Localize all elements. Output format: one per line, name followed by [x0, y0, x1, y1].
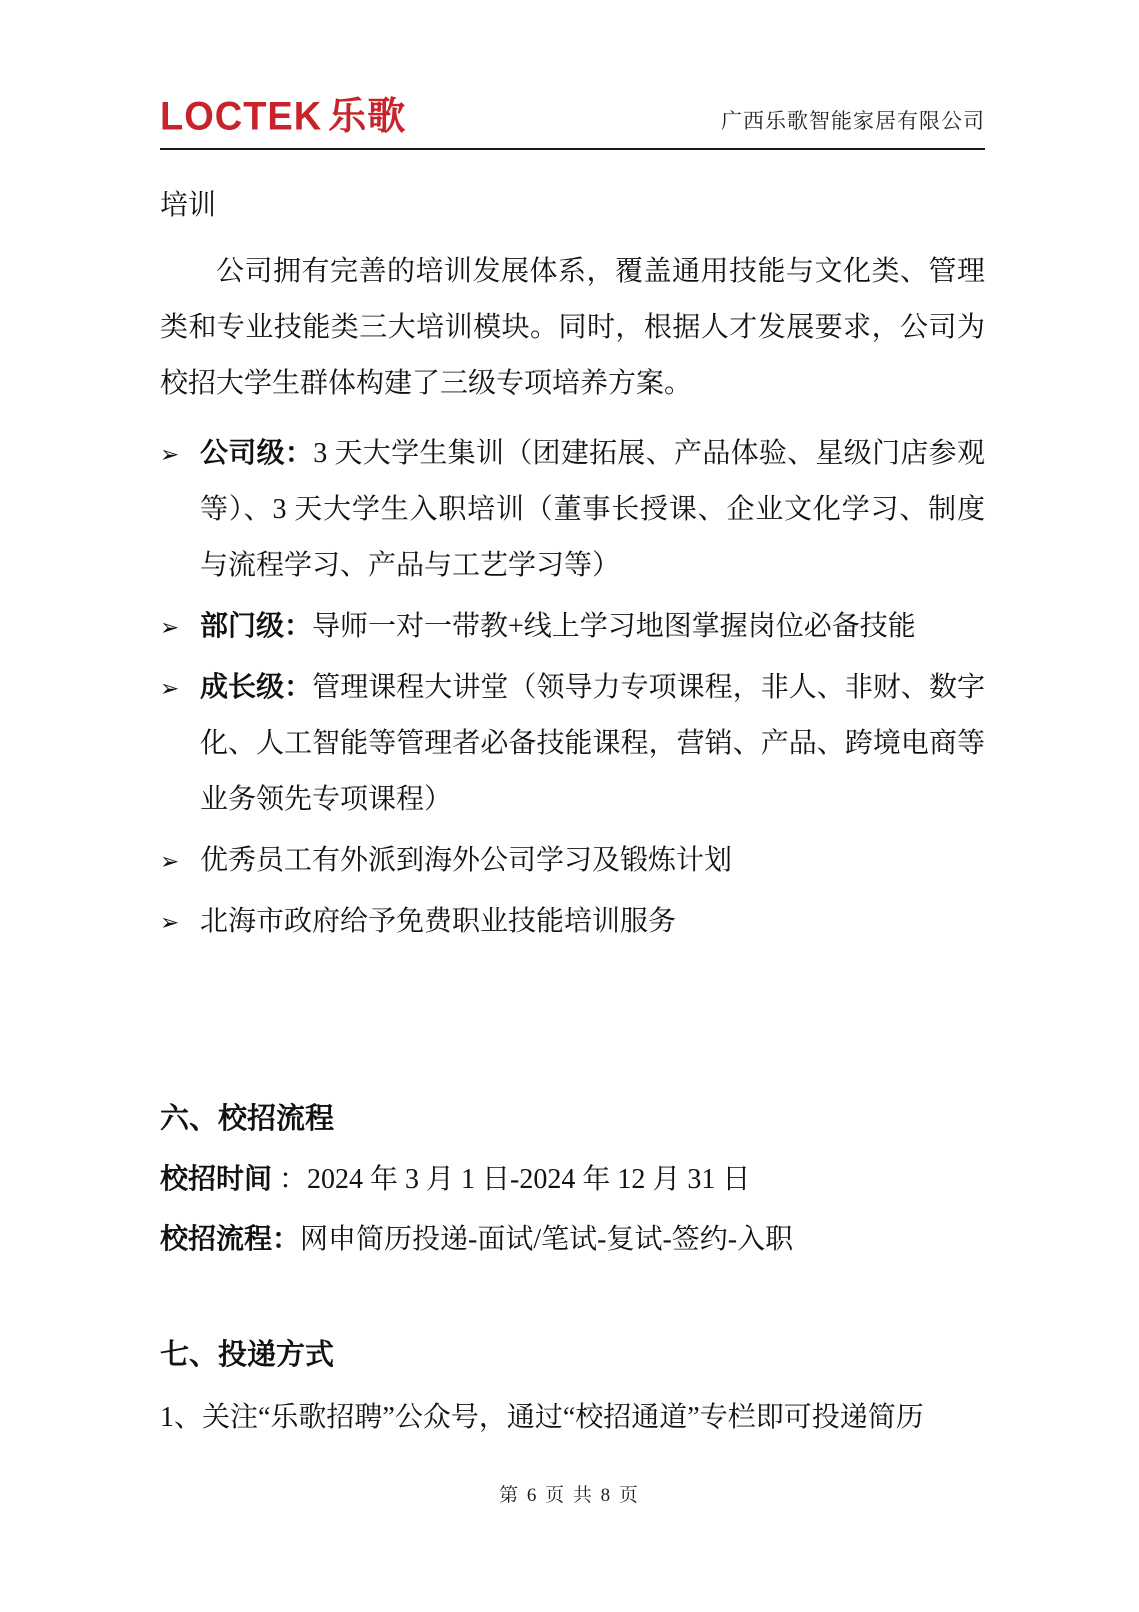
bullet-lead-label: 成长级：: [200, 672, 312, 703]
page-header: LOCTEK乐歌 广西乐歌智能家居有限公司: [160, 98, 985, 150]
logo-chinese-text: 乐歌: [328, 96, 406, 138]
arrow-bullet-icon: ➢: [160, 661, 179, 717]
apply-method-item-1: 1、关注“乐歌招聘”公众号，通过“校招通道”专栏即可投递简历: [160, 1390, 985, 1446]
document-page: LOCTEK乐歌 广西乐歌智能家居有限公司 培训 公司拥有完善的培训发展体系，覆…: [0, 0, 1139, 1612]
bullet-item-department-level: ➢部门级：导师一对一带教+线上学习地图掌握岗位必备技能: [160, 599, 985, 655]
training-bullet-list: ➢公司级：3 天大学生集训（团建拓展、产品体验、星级门店参观等）、3 天大学生入…: [160, 426, 985, 950]
bullet-item-government-training: ➢北海市政府给予免费职业技能培训服务: [160, 894, 985, 950]
document-body: 培训 公司拥有完善的培训发展体系，覆盖通用技能与文化类、管理类和专业技能类三大培…: [160, 186, 985, 1446]
bullet-item-growth-level: ➢成长级：管理课程大讲堂（领导力专项课程，非人、非财、数字化、人工智能等管理者必…: [160, 660, 985, 828]
page-footer: 第 6 页 共 8 页: [0, 1480, 1139, 1507]
arrow-bullet-icon: ➢: [160, 427, 179, 483]
arrow-bullet-icon: ➢: [160, 600, 179, 656]
arrow-bullet-icon: ➢: [160, 895, 179, 951]
recruit-time-value: ：2024 年 3 月 1 日-2024 年 12 月 31 日: [272, 1164, 750, 1195]
bullet-item-company-level: ➢公司级：3 天大学生集训（团建拓展、产品体验、星级门店参观等）、3 天大学生入…: [160, 426, 985, 594]
recruit-process-block: 校招时间 ：2024 年 3 月 1 日-2024 年 12 月 31 日 校招…: [160, 1150, 985, 1270]
training-intro-paragraph: 公司拥有完善的培训发展体系，覆盖通用技能与文化类、管理类和专业技能类三大培训模块…: [160, 244, 985, 412]
bullet-text: 北海市政府给予免费职业技能培训服务: [200, 906, 676, 937]
bullet-lead-label: 公司级：: [200, 438, 313, 469]
page-number: 第 6 页 共 8 页: [499, 1485, 640, 1506]
bullet-text: 管理课程大讲堂（领导力专项课程，非人、非财、数字化、人工智能等管理者必备技能课程…: [200, 672, 985, 815]
bullet-text: 3 天大学生集训（团建拓展、产品体验、星级门店参观等）、3 天大学生入职培训（董…: [200, 438, 985, 581]
company-logo: LOCTEK乐歌: [160, 98, 406, 136]
training-section-title: 培训: [160, 186, 985, 226]
recruit-flow-value: 网申简历投递-面试/笔试-复试-签约-入职: [300, 1224, 793, 1255]
bullet-lead-label: 部门级：: [200, 611, 312, 642]
bullet-text: 导师一对一带教+线上学习地图掌握岗位必备技能: [312, 611, 916, 642]
bullet-text: 优秀员工有外派到海外公司学习及锻炼计划: [200, 845, 732, 876]
arrow-bullet-icon: ➢: [160, 834, 179, 890]
recruit-time-label: 校招时间: [160, 1164, 272, 1195]
bullet-item-overseas-program: ➢优秀员工有外派到海外公司学习及锻炼计划: [160, 833, 985, 889]
recruit-flow-label: 校招流程：: [160, 1224, 300, 1255]
recruit-flow-line: 校招流程：网申简历投递-面试/笔试-复试-签约-入职: [160, 1210, 985, 1270]
apply-method-heading: 七、投递方式: [160, 1334, 985, 1376]
logo-latin-text: LOCTEK: [160, 97, 322, 137]
recruit-process-heading: 六、校招流程: [160, 1098, 985, 1140]
header-company-name: 广西乐歌智能家居有限公司: [721, 106, 985, 136]
recruit-time-line: 校招时间 ：2024 年 3 月 1 日-2024 年 12 月 31 日: [160, 1150, 985, 1210]
